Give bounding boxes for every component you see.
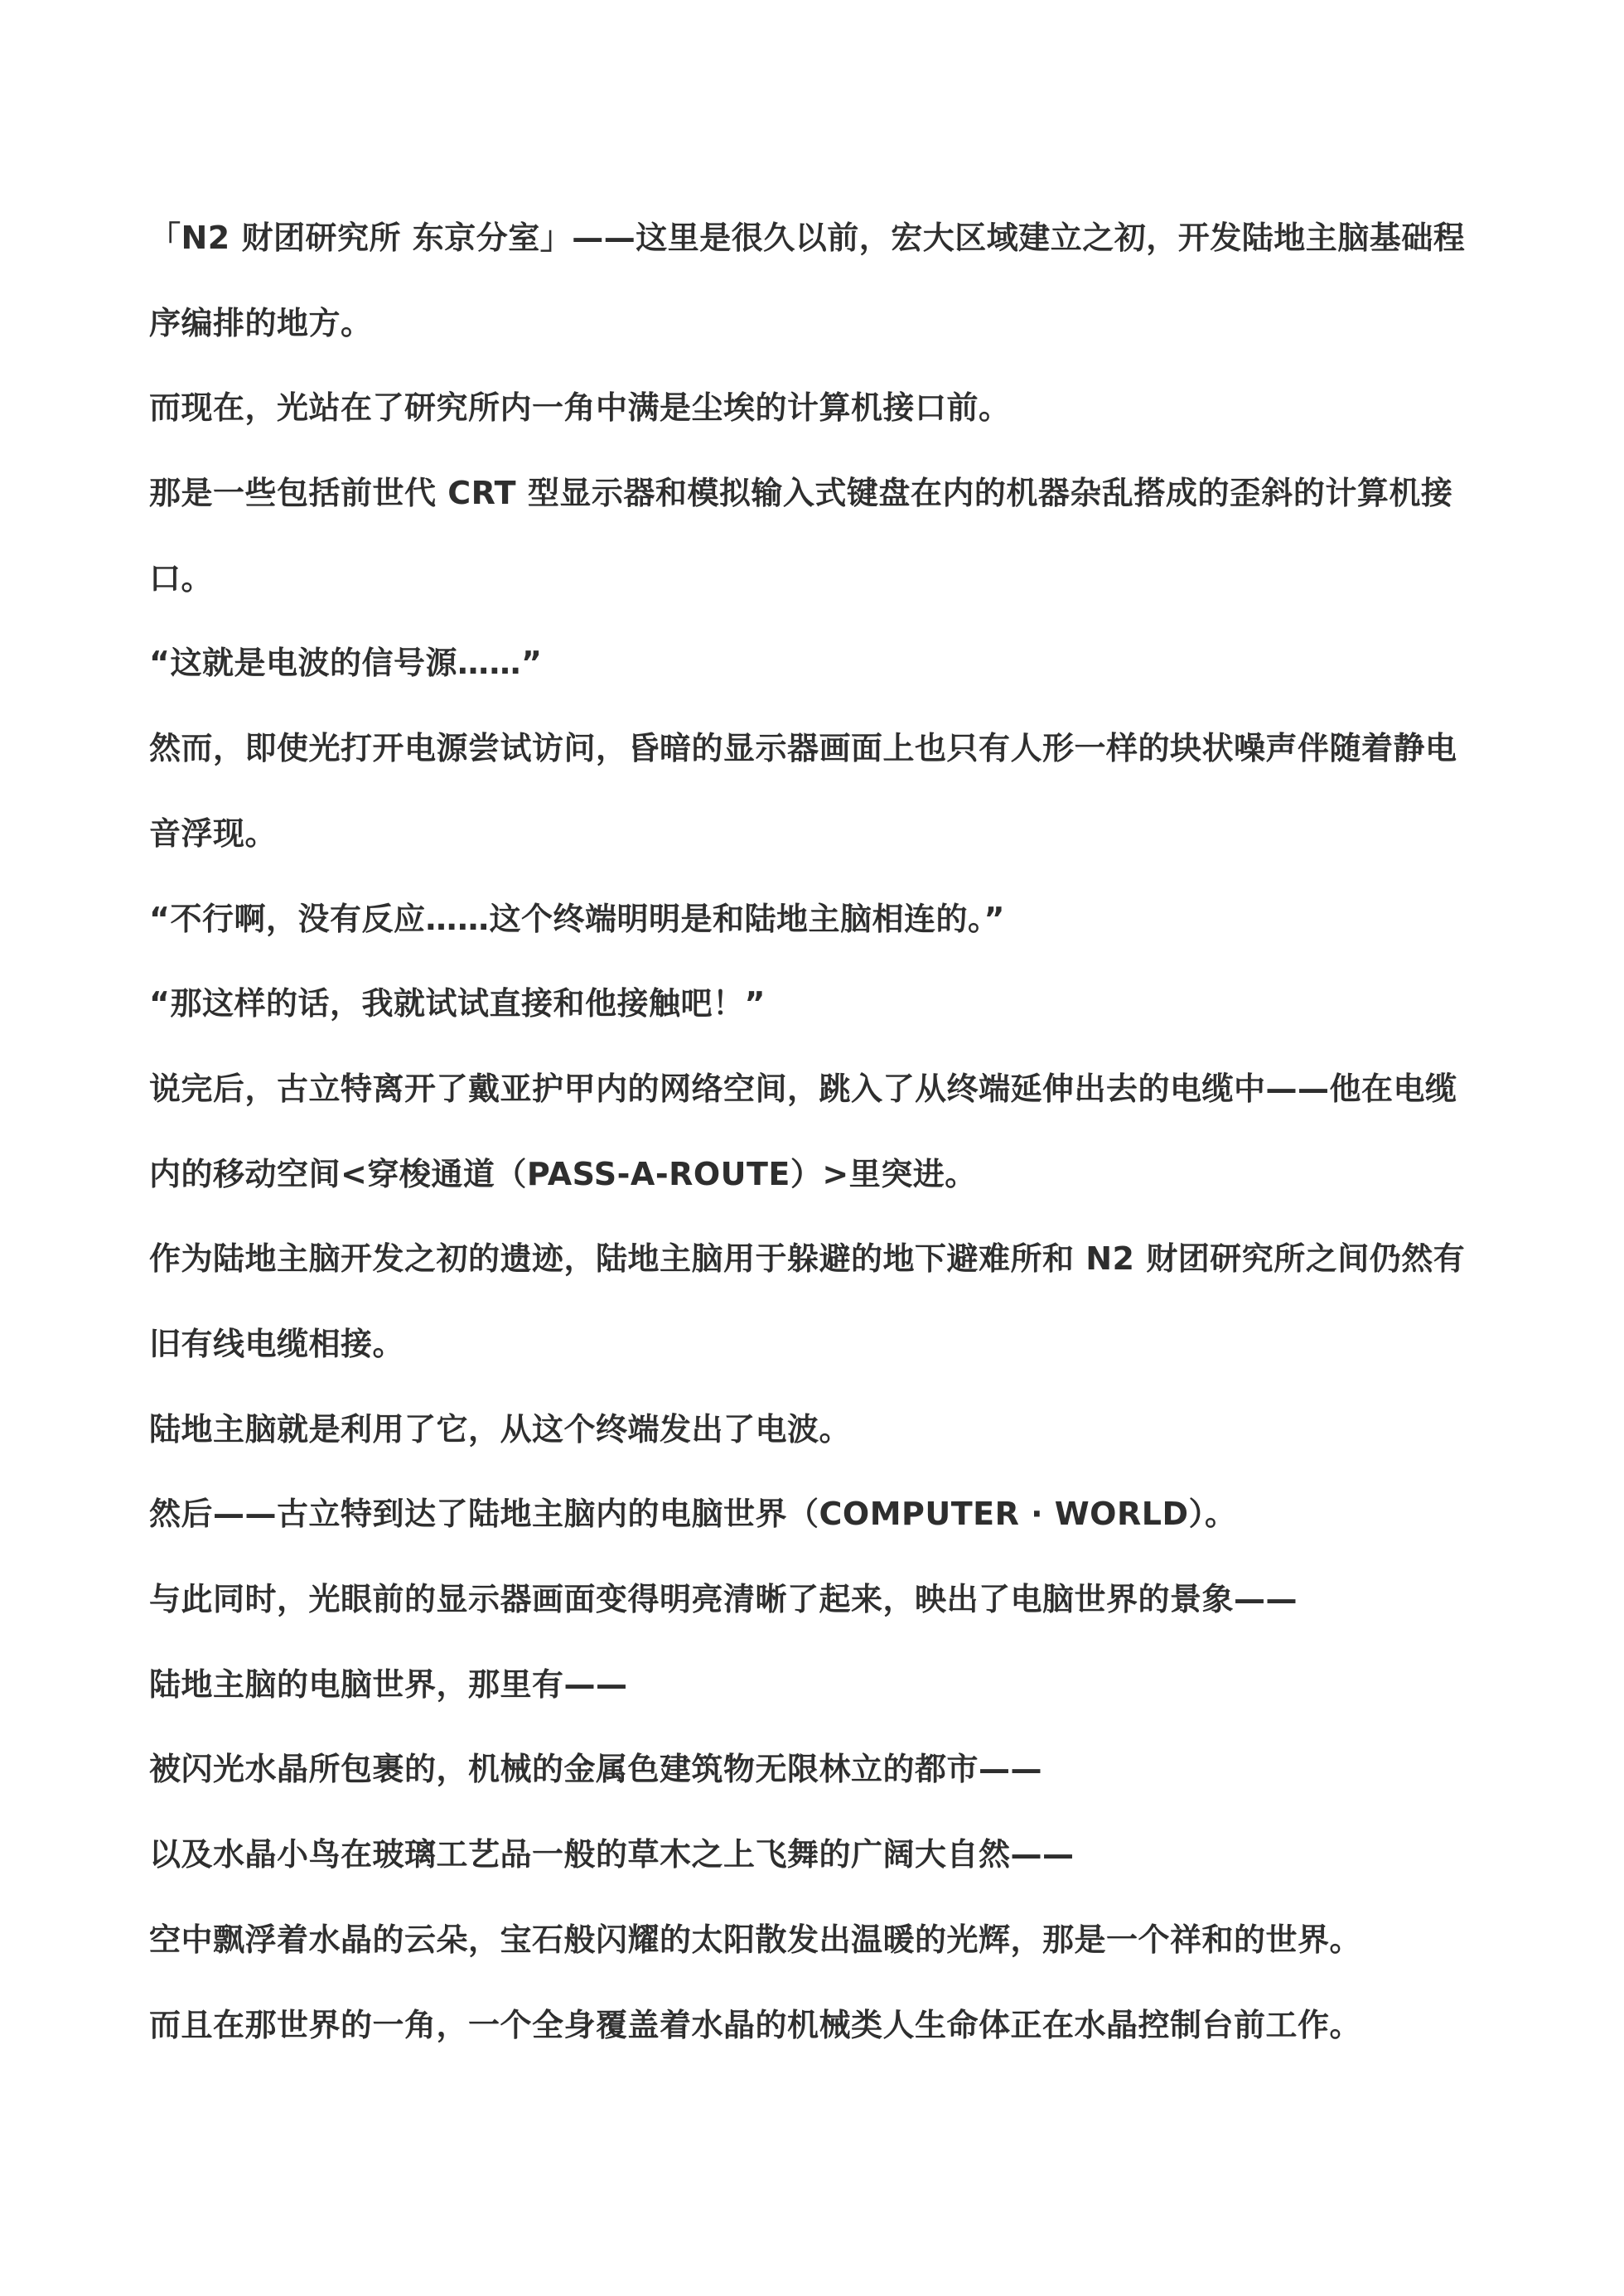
- text-line: 空中飘浮着水晶的云朵，宝石般闪耀的太阳散发出温暖的光辉，那是一个祥和的世界。: [149, 1920, 1361, 1960]
- text-line: 「N2 财团研究所 东京分室」——这里是很久以前，宏大区域建立之初，开发陆地主脑…: [149, 218, 1465, 258]
- text-line: 作为陆地主脑开发之初的遗迹，陆地主脑用于躲避的地下避难所和 N2 财团研究所之间…: [149, 1239, 1465, 1279]
- text-line: 那是一些包括前世代 CRT 型显示器和模拟输入式键盘在内的机器杂乱搭成的歪斜的计…: [149, 473, 1452, 513]
- text-line: “不行啊，没有反应……这个终端明明是和陆地主脑相连的。”: [149, 899, 1005, 939]
- text-line: 与此同时，光眼前的显示器画面变得明亮清晰了起来，映出了电脑世界的景象——: [149, 1579, 1298, 1619]
- text-line: 内的移动空间<穿梭通道（PASS-A-ROUTE）>里突进。: [149, 1154, 977, 1194]
- text-line: 陆地主脑就是利用了它，从这个终端发出了电波。: [149, 1409, 851, 1449]
- text-line: 而且在那世界的一角，一个全身覆盖着水晶的机械类人生命体正在水晶控制台前工作。: [149, 2005, 1361, 2045]
- text-line: “那这样的话，我就试试直接和他接触吧！”: [149, 984, 766, 1023]
- text-line: 以及水晶小鸟在玻璃工艺品一般的草木之上飞舞的广阔大自然——: [149, 1834, 1075, 1874]
- text-line: 陆地主脑的电脑世界，那里有——: [149, 1665, 628, 1704]
- text-line: “这就是电波的信号源……”: [149, 643, 542, 683]
- text-line: 然而，即使光打开电源尝试访问，昏暗的显示器画面上也只有人形一样的块状噪声伴随着静…: [149, 728, 1457, 768]
- text-line: 音浮现。: [149, 814, 277, 853]
- text-line: 序编排的地方。: [149, 303, 373, 343]
- text-line: 说完后，古立特离开了戴亚护甲内的网络空间，跳入了从终端延伸出去的电缆中——他在电…: [149, 1069, 1457, 1109]
- document-page: 「N2 财团研究所 东京分室」——这里是很久以前，宏大区域建立之初，开发陆地主脑…: [0, 0, 1624, 2296]
- text-line: 然后——古立特到达了陆地主脑内的电脑世界（COMPUTER · WORLD）。: [149, 1494, 1237, 1534]
- text-line: 被闪光水晶所包裹的，机械的金属色建筑物无限林立的都市——: [149, 1749, 1042, 1789]
- text-line: 口。: [149, 558, 213, 598]
- text-line: 而现在，光站在了研究所内一角中满是尘埃的计算机接口前。: [149, 388, 1011, 428]
- text-line: 旧有线电缆相接。: [149, 1324, 404, 1364]
